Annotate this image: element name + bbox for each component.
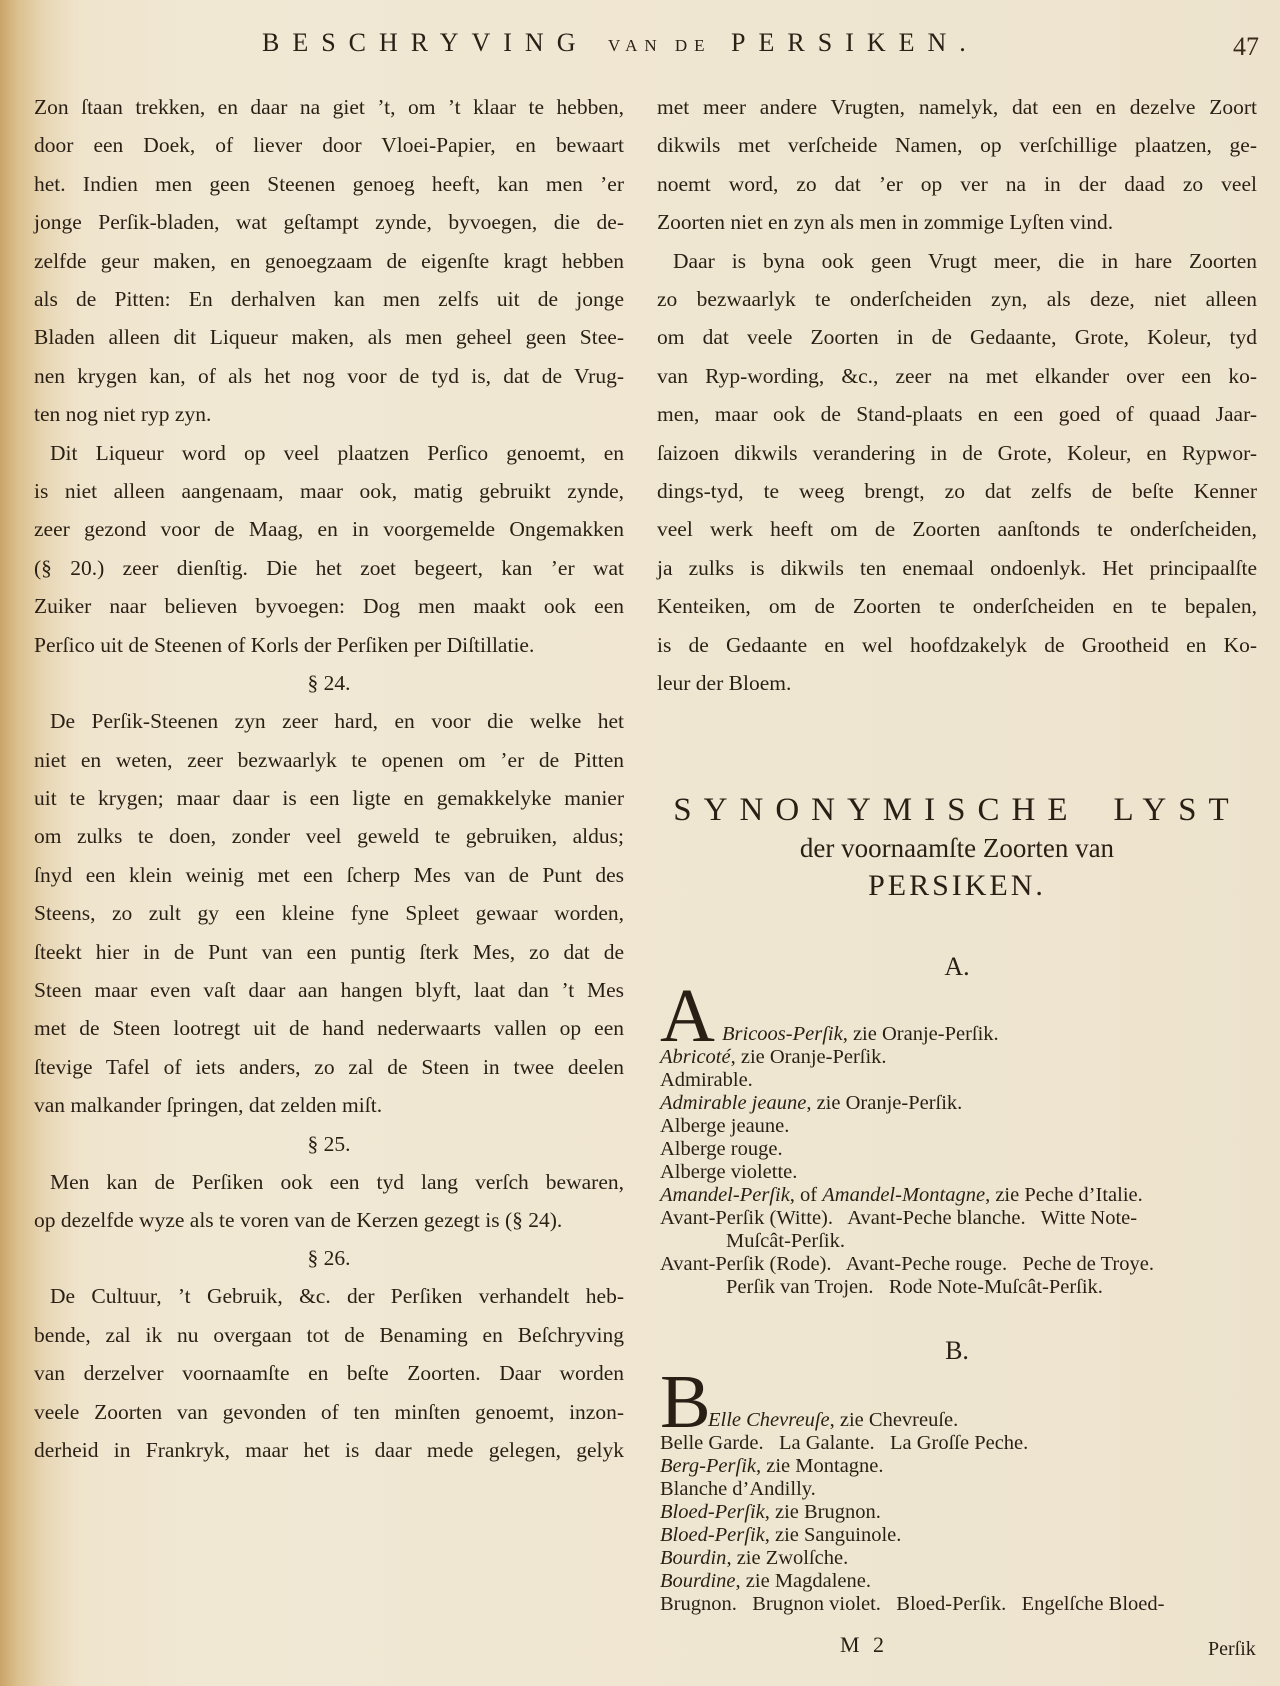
left-column: Zon ſtaan trekken, en daar na giet ’t, o…	[34, 88, 624, 1469]
list-title: SYNONYMISCHELYST	[657, 790, 1257, 830]
text-line: (§ 20.) zeer dienſtig. Die het zoet bege…	[34, 549, 624, 587]
right-column: met meer andere Vrugten, namelyk, dat ee…	[657, 88, 1257, 703]
text-line: ſnyd een klein weinig met een ſcherp Mes…	[34, 856, 624, 894]
entry-italic: Bourdin	[660, 1547, 726, 1569]
entry-first-a: A Bricoos-Perſik, zie Oranje-Perſik.	[660, 982, 1270, 1046]
entry-rest: , of	[790, 1184, 822, 1206]
text-line: ſtevige Tafel of iets anders, zo zal de …	[34, 1048, 624, 1086]
text-line: Zoorten niet en zyn als men in zommige L…	[657, 203, 1257, 241]
letter-heading-b: B.	[657, 1336, 1257, 1366]
text-line: noemt word, zo dat ’er op ver na in der …	[657, 165, 1257, 203]
entry-rest: , zie Zwolſche.	[726, 1547, 848, 1569]
entry-rest: Avant-Perſik (Witte). Avant-Peche blanch…	[660, 1207, 1137, 1229]
entry-italic: Bourdine	[660, 1570, 736, 1592]
running-title-part1: BESCHRYVING	[262, 28, 588, 57]
text-line: is de Gedaante en wel hoofdzakelyk de Gr…	[657, 626, 1257, 664]
entries-b: B Elle Chevreuſe, zie Chevreuſe. Belle G…	[660, 1368, 1270, 1616]
list-entry: Bloed-Perſik, zie Sanguinole.	[660, 1524, 1270, 1547]
entry-rest: Admirable.	[660, 1069, 753, 1091]
entry-rest: Brugnon. Brugnon violet. Bloed-Perſik. E…	[660, 1593, 1164, 1615]
entry-text: Elle Chevreuſe, zie Chevreuſe.	[708, 1409, 958, 1432]
text-line: op dezelfde wyze als te voren van de Ker…	[34, 1201, 624, 1239]
book-page: BESCHRYVING VAN DE PERSIKEN. 47 Zon ſtaa…	[0, 0, 1280, 1686]
text-line: het. Indien men geen Steenen genoeg heef…	[34, 165, 624, 203]
section-heading-25: § 25.	[34, 1125, 624, 1163]
list-subtitle: der voornaamſte Zoorten van	[657, 830, 1257, 866]
entry-italic: Bricoos-Perſik	[722, 1023, 843, 1045]
text-line: ſaizoen dikwils verandering in de Grote,…	[657, 434, 1257, 472]
entry-rest: Alberge jeaune.	[660, 1115, 789, 1137]
paragraph-5: De Cultuur, ’t Gebruik, &c. der Perſiken…	[34, 1277, 624, 1469]
list-entry: Bourdine, zie Magdalene.	[660, 1570, 1270, 1593]
entry-rest: Alberge rouge.	[660, 1138, 783, 1160]
entry-rest: , zie Sanguinole.	[765, 1524, 902, 1546]
text-line: om zulks te doen, zonder veel geweld te …	[34, 817, 624, 855]
text-line: ten nog niet ryp zyn.	[34, 395, 624, 433]
list-entry: Admirable jeaune, zie Oranje-Perſik.	[660, 1092, 1270, 1115]
text-line: dings-tyd, te weeg brengt, zo dat zelfs …	[657, 472, 1257, 510]
list-entry: Bourdin, zie Zwolſche.	[660, 1547, 1270, 1570]
entry-italic: Bloed-Perſik	[660, 1524, 765, 1546]
text-line: veele Zoorten van gevonden of ten minſte…	[34, 1393, 624, 1431]
entry-italic: Berg-Perſik	[660, 1455, 756, 1477]
section-heading-26: § 26.	[34, 1239, 624, 1277]
text-line: Perſico uit de Steenen of Korls der Perſ…	[34, 626, 624, 664]
text-line: van Ryp-wording, &c., zeer na met elkand…	[657, 357, 1257, 395]
text-line: ja zulks is dikwils ten enemaal ondoenly…	[657, 549, 1257, 587]
list-subject: PERSIKEN.	[657, 866, 1257, 906]
text-line: Kenteiken, om de Zoorten te onderſcheide…	[657, 587, 1257, 625]
entry-rest: Blanche d’Andilly.	[660, 1478, 816, 1500]
entry-rest: Belle Garde. La Galante. La Groſſe Peche…	[660, 1432, 1028, 1454]
running-title-part2: PERSIKEN.	[731, 28, 979, 57]
text-line: Men kan de Perſiken ook een tyd lang ver…	[34, 1163, 624, 1201]
signature-mark: M 2	[840, 1632, 888, 1658]
text-line: De Perſik-Steenen zyn zeer hard, en voor…	[34, 702, 624, 740]
list-title-part1: SYNONYMISCHE	[673, 792, 1079, 828]
text-line: van derzelver voornaamſte en beſte Zoort…	[34, 1354, 624, 1392]
paragraph-1: Zon ſtaan trekken, en daar na giet ’t, o…	[34, 88, 624, 434]
text-line: derheid in Frankryk, maar het is daar me…	[34, 1431, 624, 1469]
text-line: men, maar ook de Stand-plaats en een goe…	[657, 395, 1257, 433]
text-line: zelfde geur maken, en genoegzaam de eige…	[34, 242, 624, 280]
text-line: dikwils met verſcheide Namen, op verſchi…	[657, 126, 1257, 164]
entry-italic: Elle Chevreuſe	[708, 1409, 830, 1431]
entry-rest: Avant-Perſik (Rode). Avant-Peche rouge. …	[660, 1253, 1154, 1275]
paragraph-4: Men kan de Perſiken ook een tyd lang ver…	[34, 1163, 624, 1240]
entry-first-b: B Elle Chevreuſe, zie Chevreuſe.	[660, 1368, 1270, 1432]
text-line: zo bezwaarlyk te onderſcheiden zyn, als …	[657, 280, 1257, 318]
entry-rest: , zie Oranje-Perſik.	[806, 1092, 962, 1114]
text-line: ſteekt hier in de Punt van een puntig ſt…	[34, 933, 624, 971]
list-entry: Alberge rouge.	[660, 1138, 1270, 1161]
text-line: door een Doek, of liever door Vloei-Papi…	[34, 126, 624, 164]
list-entry: Blanche d’Andilly.	[660, 1478, 1270, 1501]
text-line: veel werk heeft om de Zoorten aanſtonds …	[657, 510, 1257, 548]
entry-rest: , zie Magdalene.	[736, 1570, 871, 1592]
text-line: De Cultuur, ’t Gebruik, &c. der Perſiken…	[34, 1277, 624, 1315]
running-head: BESCHRYVING VAN DE PERSIKEN. 47	[0, 24, 1280, 64]
entry-italic: Amandel-Perſik	[660, 1184, 790, 1206]
list-entry-continuation: Perſik van Trojen. Rode Note-Muſcât-Perſ…	[660, 1276, 1270, 1299]
page-number: 47	[1233, 32, 1259, 62]
text-line: Steen maar even vaſt daar aan hangen bly…	[34, 971, 624, 1009]
list-entry: Admirable.	[660, 1069, 1270, 1092]
dropcap-b: B	[660, 1364, 711, 1440]
list-entry: Berg-Perſik, zie Montagne.	[660, 1455, 1270, 1478]
text-line: Zon ſtaan trekken, en daar na giet ’t, o…	[34, 88, 624, 126]
entries-a: A Bricoos-Perſik, zie Oranje-Perſik. Abr…	[660, 982, 1270, 1299]
text-line: met meer andere Vrugten, namelyk, dat ee…	[657, 88, 1257, 126]
text-line: als de Pitten: En derhalven kan men zelf…	[34, 280, 624, 318]
text-line: nen krygen kan, of als het nog voor de t…	[34, 357, 624, 395]
text-line: Steens, zo zult gy een kleine fyne Splee…	[34, 894, 624, 932]
entry-italic: Admirable jeaune	[660, 1092, 806, 1114]
section-heading-24: § 24.	[34, 664, 624, 702]
entry-rest: , zie Brugnon.	[765, 1501, 881, 1523]
list-entry: Avant-Perſik (Witte). Avant-Peche blanch…	[660, 1207, 1270, 1230]
list-entry: Belle Garde. La Galante. La Groſſe Peche…	[660, 1432, 1270, 1455]
entry-rest: , zie Oranje-Perſik.	[731, 1046, 887, 1068]
running-title-small: VAN DE	[608, 36, 712, 55]
entry-italic: Bloed-Perſik	[660, 1501, 765, 1523]
entry-rest: , zie Montagne.	[756, 1455, 884, 1477]
list-entry: Avant-Perſik (Rode). Avant-Peche rouge. …	[660, 1253, 1270, 1276]
letter-heading-a: A.	[657, 952, 1257, 982]
text-line: van malkander ſpringen, dat zelden miſt.	[34, 1086, 624, 1124]
entry-italic: Amandel-Montagne	[822, 1184, 985, 1206]
text-line: Bladen alleen dit Liqueur maken, als men…	[34, 318, 624, 356]
list-title-part2: LYST	[1114, 792, 1241, 828]
running-title: BESCHRYVING VAN DE PERSIKEN.	[262, 28, 979, 58]
list-entry: Amandel-Perſik, of Amandel-Montagne, zie…	[660, 1184, 1270, 1207]
paragraph-r1: met meer andere Vrugten, namelyk, dat ee…	[657, 88, 1257, 242]
paragraph-2: Dit Liqueur word op veel plaatzen Perſic…	[34, 434, 624, 664]
text-line: leur der Bloem.	[657, 664, 1257, 702]
paragraph-3: De Perſik-Steenen zyn zeer hard, en voor…	[34, 702, 624, 1124]
text-line: uit te krygen; maar daar is een ligte en…	[34, 779, 624, 817]
list-entry: Alberge jeaune.	[660, 1115, 1270, 1138]
list-entry-continuation: Muſcât-Perſik.	[660, 1230, 1270, 1253]
dropcap-a: A	[660, 978, 715, 1054]
text-line: bende, zal ik nu overgaan tot de Benamin…	[34, 1316, 624, 1354]
text-line: jonge Perſik-bladen, wat geſtampt zynde,…	[34, 203, 624, 241]
text-line: is niet alleen aangenaam, maar ook, mati…	[34, 472, 624, 510]
entry-text: Bricoos-Perſik, zie Oranje-Perſik.	[722, 1023, 999, 1046]
text-line: niet en weten, zeer bezwaarlyk te openen…	[34, 741, 624, 779]
list-entry: Brugnon. Brugnon violet. Bloed-Perſik. E…	[660, 1593, 1270, 1616]
text-line: Daar is byna ook geen Vrugt meer, die in…	[657, 242, 1257, 280]
entry-rest: , zie Peche d’Italie.	[985, 1184, 1143, 1206]
text-line: zeer gezond voor de Maag, en in voorgeme…	[34, 510, 624, 548]
list-entry: Abricoté, zie Oranje-Perſik.	[660, 1046, 1270, 1069]
text-line: om dat veele Zoorten in de Gedaante, Gro…	[657, 318, 1257, 356]
entry-rest: Alberge violette.	[660, 1161, 797, 1183]
paragraph-r2: Daar is byna ook geen Vrugt meer, die in…	[657, 242, 1257, 703]
entry-rest: , zie Oranje-Perſik.	[843, 1023, 999, 1045]
list-entry: Bloed-Perſik, zie Brugnon.	[660, 1501, 1270, 1524]
catchword: Perſik	[1208, 1638, 1256, 1661]
text-line: met de Steen lootregt uit de hand nederw…	[34, 1009, 624, 1047]
text-line: Dit Liqueur word op veel plaatzen Perſic…	[34, 434, 624, 472]
synonym-list-heading: SYNONYMISCHELYST der voornaamſte Zoorten…	[657, 790, 1257, 906]
entry-rest: , zie Chevreuſe.	[830, 1409, 959, 1431]
list-entry: Alberge violette.	[660, 1161, 1270, 1184]
text-line: Zuiker naar believen byvoegen: Dog men m…	[34, 587, 624, 625]
